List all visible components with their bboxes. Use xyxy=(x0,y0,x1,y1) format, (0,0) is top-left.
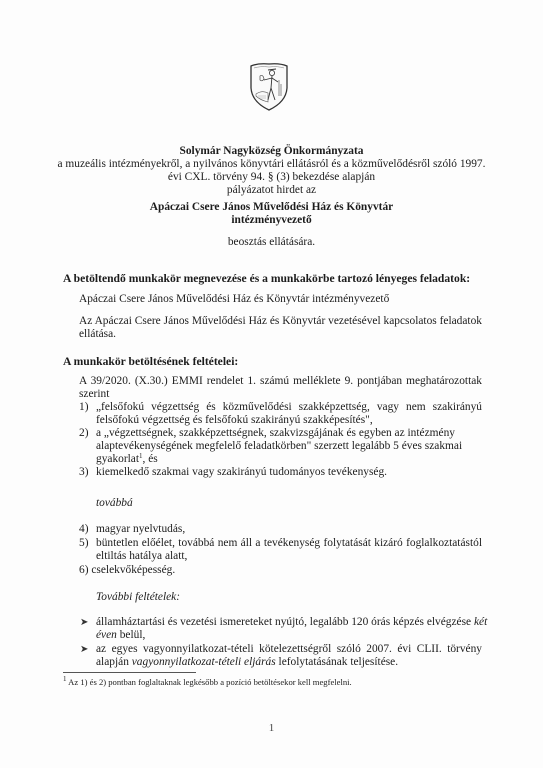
coat-of-arms-icon xyxy=(248,60,290,112)
footnote: 1 Az 1) és 2) pontban foglaltaknak legké… xyxy=(63,677,352,687)
list-item-2-line-1: a „végzettségnek, szakképzettségnek, sza… xyxy=(96,427,455,440)
text: gyakorlat xyxy=(96,453,139,465)
announcement-text: pályázatot hirdet az xyxy=(0,184,543,197)
list-item-5-line-2: eltiltás hatálya alatt, xyxy=(96,550,187,563)
list-item-4-line-1: magyar nyelvtudás, xyxy=(96,523,185,536)
position-title-line-1: Apáczai Csere János Művelődési Ház és Kö… xyxy=(0,201,543,214)
position-title-line-2: intézményvezető xyxy=(0,214,543,227)
list-number: 4) xyxy=(79,523,94,536)
further-requirements-heading: További feltételek: xyxy=(96,591,180,604)
requirements-intro-line-1: A 39/2020. (X.30.) EMMI rendelet 1. szám… xyxy=(79,375,482,388)
list-number: 6) xyxy=(79,564,89,576)
list-number: 2) xyxy=(79,427,94,440)
text: belül, xyxy=(117,629,145,641)
list-item-3: 3) xyxy=(79,466,94,479)
list-item-5-line-1: büntetlen előélet, továbbá nem áll a tev… xyxy=(96,537,482,550)
continuation-label: továbbá xyxy=(96,497,133,510)
emphasis: vagyonnyilatkozat-tételi eljárás xyxy=(132,656,276,668)
text: , és xyxy=(143,453,158,465)
duties-paragraph-1: Apáczai Csere János Művelődési Ház és Kö… xyxy=(79,293,389,306)
list-item-2-line-3: gyakorlat1, és xyxy=(96,453,158,466)
text: lefolytatásának teljesítése. xyxy=(276,656,398,668)
bullet-2-line-2: alapján vagyonnyilatkozat-tételi eljárás… xyxy=(96,656,398,669)
list-item-6-text: cselekvőképesség. xyxy=(91,564,175,576)
list-item-2-line-2: alaptevékenységének megfelelő feladatkör… xyxy=(96,440,462,453)
arrow-bullet-icon: ➤ xyxy=(80,643,88,656)
bullet-1-line-1: államháztartási és vezetési ismereteket … xyxy=(96,616,487,629)
emphasis: két xyxy=(474,616,487,628)
legal-basis-line-2: évi CXL. törvény 94. § (3) bekezdése ala… xyxy=(0,171,543,184)
requirements-intro-line-2: szerint xyxy=(79,388,109,401)
list-item-2: 2) xyxy=(79,427,94,440)
list-item-4: 4) xyxy=(79,523,94,536)
bullet-1-line-2: éven belül, xyxy=(96,629,145,642)
list-number: 5) xyxy=(79,537,94,550)
list-number: 3) xyxy=(79,466,94,479)
list-item-1-line-1: „felsőfokú végzettség és közművelődési s… xyxy=(96,401,482,414)
footnote-divider xyxy=(63,672,196,673)
list-item-1-line-2: felsőfokú végzettség és felsőfokú szakir… xyxy=(96,414,373,427)
text: államháztartási és vezetési ismereteket … xyxy=(96,616,474,628)
text: alapján xyxy=(96,656,132,668)
section-heading-requirements: A munkakör betöltésének feltételei: xyxy=(63,355,238,368)
duties-paragraph-2-line-1: Az Apáczai Csere János Művelődési Ház és… xyxy=(79,315,482,328)
position-suffix: beosztás ellátására. xyxy=(0,236,543,249)
list-item-5: 5) xyxy=(79,537,94,550)
list-item-3-line-1: kiemelkedő szakmai vagy szakirányú tudom… xyxy=(96,466,387,479)
list-number: 1) xyxy=(79,401,94,414)
arrow-bullet-icon: ➤ xyxy=(80,616,88,629)
section-heading-duties: A betöltendő munkakör megnevezése és a m… xyxy=(63,272,470,285)
document-page: Solymár Nagyközség Önkormányzata a muzeá… xyxy=(0,0,543,768)
emphasis: éven xyxy=(96,629,117,641)
issuer-name: Solymár Nagyközség Önkormányzata xyxy=(0,145,543,158)
list-item-1: 1) xyxy=(79,401,94,414)
duties-paragraph-2-line-2: ellátása. xyxy=(79,328,116,341)
list-item-6: 6) cselekvőképesség. xyxy=(79,564,175,577)
bullet-2-line-1: az egyes vagyonnyilatkozat-tételi kötele… xyxy=(96,643,482,656)
legal-basis-line-1: a muzeális intézményekről, a nyilvános k… xyxy=(0,158,543,171)
page-number: 1 xyxy=(0,722,543,734)
footnote-text: Az 1) és 2) pontban foglaltaknak legkéső… xyxy=(67,677,352,687)
